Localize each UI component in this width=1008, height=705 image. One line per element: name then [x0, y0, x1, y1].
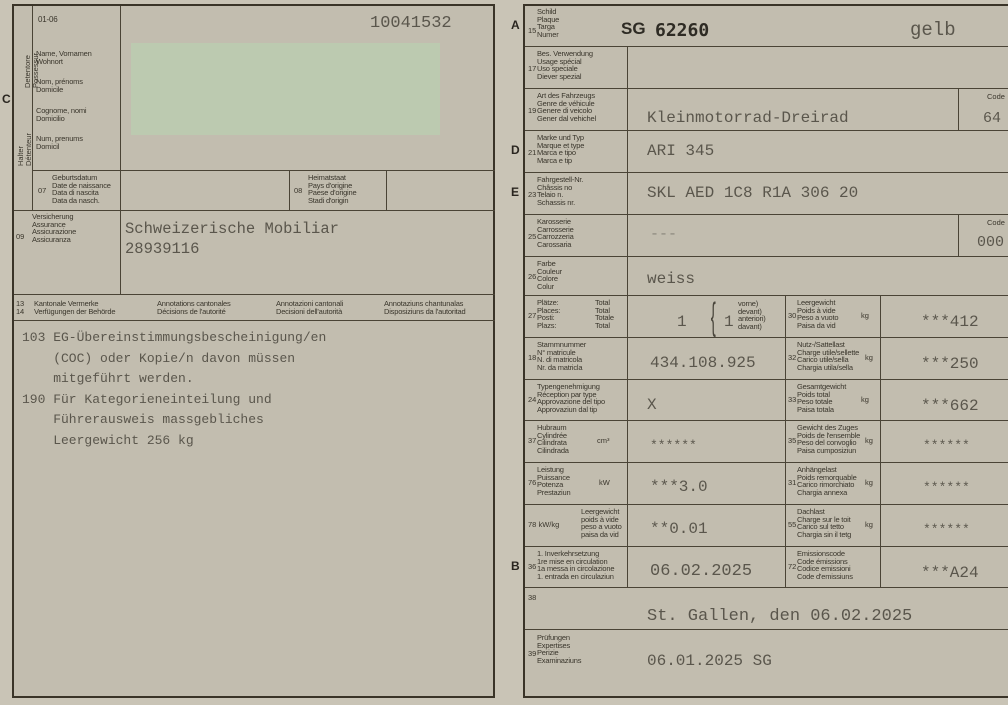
field-num-30: 30 — [788, 311, 796, 320]
displacement-unit: cm³ — [597, 436, 610, 445]
payload-value: ***250 — [921, 355, 979, 373]
origin-label: Heimatstaat Pays d'origine Paese d'origi… — [308, 174, 356, 204]
plate-label: Schild Plaque Targa Numer — [537, 8, 559, 38]
brace-icon: { — [711, 298, 716, 336]
divider — [525, 256, 1008, 257]
train-weight-unit: kg — [865, 436, 873, 445]
train-weight-value: ****** — [923, 438, 970, 453]
chassis-value: SKL AED 1C8 R1A 306 20 — [647, 184, 858, 202]
inspections-label: Prüfungen Expertises Perizie Examinaziun… — [537, 634, 581, 664]
field-num-76: 76 — [528, 478, 536, 487]
field-num-13-14: 13 14 — [16, 300, 24, 315]
emission-label: Emissionscode Code émissions Codice emis… — [797, 550, 853, 580]
divider — [627, 295, 628, 587]
roof-load-value: ****** — [923, 522, 970, 537]
annotations-text: 103 EG-Übereinstimmungsbescheinigung/en … — [22, 328, 326, 451]
holder-label-fr: Nom, prénoms Domicile — [36, 78, 83, 93]
divider — [32, 6, 33, 210]
annotation-line: mitgeführt werden. — [22, 369, 326, 390]
field-num-15: 15 — [528, 26, 536, 35]
annotation-line: 190 Für Kategorieneinteilung und — [22, 390, 326, 411]
type-approval-value: X — [647, 396, 657, 414]
insurance-number: 28939116 — [125, 240, 199, 258]
section-letter-b: B — [511, 559, 520, 573]
divider — [14, 294, 495, 295]
body-code: 000 — [977, 234, 1004, 251]
body-code-label: Code — [987, 218, 1005, 227]
inspections-value: 06.01.2025 SG — [647, 652, 772, 670]
plate-canton: SG — [621, 19, 646, 39]
divider — [958, 214, 959, 256]
holder-side-label: Halter Détenteur — [17, 126, 32, 166]
make-value: ARI 345 — [647, 142, 714, 160]
matriculation-label: Stammnummer N° matricule N. di matricola… — [537, 341, 586, 371]
total-weight-value: ***662 — [921, 397, 979, 415]
annotations-label-it: Annotazioni cantonali Decisioni dell'aut… — [276, 300, 343, 315]
payload-label: Nutz-/Sattellast Charge utile/sellette C… — [797, 341, 859, 371]
divider — [525, 88, 1008, 89]
holder-label-it: Cognome, nomi Domicilio — [36, 107, 86, 122]
power-value: ***3.0 — [650, 478, 708, 496]
total-weight-label: Gesamtgewicht Poids total Peso totale Pa… — [797, 383, 846, 413]
annotation-line: Leergewicht 256 kg — [22, 431, 326, 452]
divider — [880, 295, 881, 587]
field-num-18: 18 — [528, 353, 536, 362]
roof-load-unit: kg — [865, 520, 873, 529]
divider — [120, 210, 121, 294]
document-number: 10041532 — [370, 14, 452, 33]
matriculation-value: 434.108.925 — [650, 354, 756, 372]
make-label: Marke und Typ Marque et type Marca e tip… — [537, 134, 584, 164]
roof-load-label: Dachlast Charge sur le toit Carico sul t… — [797, 508, 851, 538]
displacement-value: ****** — [650, 438, 697, 453]
field-num-19: 19 — [528, 106, 536, 115]
first-registration-value: 06.02.2025 — [650, 562, 752, 581]
field-num-23: 23 — [528, 190, 536, 199]
right-page: 15 Schild Plaque Targa Numer SG 62260 ge… — [523, 4, 1008, 698]
payload-unit: kg — [865, 353, 873, 362]
plate-color: gelb — [910, 19, 956, 41]
field-num-31: 31 — [788, 478, 796, 487]
body-label: Karosserie Carrosserie Carrozzeria Caros… — [537, 218, 574, 248]
divider — [120, 6, 121, 210]
field-num-35: 35 — [788, 436, 796, 445]
issue-place-date: St. Gallen, den 06.02.2025 — [647, 607, 912, 626]
vehicle-type-code-label: Code — [987, 92, 1005, 101]
vehicle-type-value: Kleinmotorrad-Dreirad — [647, 109, 849, 127]
trailer-load-value: ****** — [923, 480, 970, 495]
seats-front: 1 — [724, 313, 734, 331]
field-num-33: 33 — [788, 395, 796, 404]
field-num-21: 21 — [528, 148, 536, 157]
power-unit: kW — [599, 478, 610, 487]
section-letter-a: A — [511, 18, 520, 32]
divider — [525, 546, 1008, 547]
displacement-label: Hubraum Cylindrée Cilindrata Cilindrada — [537, 424, 569, 454]
total-weight-unit: kg — [861, 395, 869, 404]
seats-label: Plätze: Places: Posti: Plazs: — [537, 299, 560, 329]
field-num-32: 32 — [788, 353, 796, 362]
power-label: Leistung Puissance Potenza Prestaziun — [537, 466, 570, 496]
empty-weight-label: Leergewicht Poids à vide Peso a vuoto Pa… — [797, 299, 838, 329]
annotation-line: Führerausweis massgebliches — [22, 410, 326, 431]
empty-weight-value: ***412 — [921, 313, 979, 331]
field-num-78: 78 kW/kg — [528, 520, 559, 529]
divider — [525, 420, 1008, 421]
divider — [525, 172, 1008, 173]
divider — [525, 462, 1008, 463]
field-num-72: 72 — [788, 562, 796, 571]
field-num-37: 37 — [528, 436, 536, 445]
birth-date-label: Geburtsdatum Date de naissance Data di n… — [52, 174, 111, 204]
insurance-company: Schweizerische Mobiliar — [125, 220, 339, 238]
seats-total-label: Total Total Totale Total — [595, 299, 614, 329]
section-letter-e: E — [511, 185, 519, 199]
divider — [525, 130, 1008, 131]
first-registration-label: 1. Inverkehrsetzung 1re mise en circulat… — [537, 550, 614, 580]
section-letter-c: C — [2, 92, 11, 106]
divider — [785, 295, 786, 587]
plate-number: 62260 — [655, 20, 709, 41]
annotations-label-fr: Annotations cantonales Décisions de l'au… — [157, 300, 231, 315]
divider — [525, 46, 1008, 47]
divider — [525, 629, 1008, 630]
field-num-27: 27 — [528, 311, 536, 320]
power-ratio-value: **0.01 — [650, 520, 708, 538]
trailer-load-unit: kg — [865, 478, 873, 487]
divider — [525, 337, 1008, 338]
field-num-24: 24 — [528, 395, 536, 404]
trailer-load-label: Anhängelast Poids remorquable Carico rim… — [797, 466, 857, 496]
special-use-label: Bes. Verwendung Usage spécial Uso specia… — [537, 50, 593, 80]
divider — [525, 587, 1008, 588]
divider — [289, 170, 290, 210]
field-num-07: 07 — [38, 186, 46, 195]
annotation-line: 103 EG-Übereinstimmungsbescheinigung/en — [22, 328, 326, 349]
divider — [627, 46, 628, 295]
train-weight-label: Gewicht des Zuges Poids de l'ensemble Pe… — [797, 424, 860, 454]
divider — [958, 88, 959, 130]
field-num-39: 39 — [528, 649, 536, 658]
holder-label-de: Name, Vornamen Wohnort — [36, 50, 92, 65]
field-num-25: 25 — [528, 232, 536, 241]
empty-weight-unit: kg — [861, 311, 869, 320]
insurance-label: Versicherung Assurance Assicurazione Ass… — [32, 213, 76, 243]
seats-front-label: vorne) devant) anteriori) davant) — [738, 300, 766, 330]
divider — [525, 214, 1008, 215]
field-num-17: 17 — [528, 64, 536, 73]
colour-label: Farbe Couleur Colore Colur — [537, 260, 562, 290]
divider — [525, 379, 1008, 380]
vehicle-type-label: Art des Fahrzeugs Genre de véhicule Gene… — [537, 92, 596, 122]
annotations-label-rm: Annotaziuns chantunalas Disposiziuns da … — [384, 300, 466, 315]
type-approval-label: Typengenehmigung Réception par type Appr… — [537, 383, 605, 413]
seats-total: 1 — [677, 313, 687, 331]
annotations-label-de: Kantonale Vermerke Verfügungen der Behör… — [34, 300, 115, 315]
holder-label-rm: Num, prenums Domicil — [36, 135, 83, 150]
field-num-09: 09 — [16, 232, 24, 241]
section-letter-d: D — [511, 143, 520, 157]
divider — [32, 170, 495, 171]
body-value: --- — [650, 226, 677, 243]
left-page: 01-06 10041532 Halter Détenteur Detentor… — [12, 4, 495, 698]
holder-redacted-field — [131, 43, 440, 135]
field-num-55: 55 — [788, 520, 796, 529]
divider — [525, 295, 1008, 296]
divider — [386, 170, 387, 210]
chassis-label: Fahrgestell-Nr. Châssis no Telaio n. Sch… — [537, 176, 583, 206]
divider — [14, 210, 495, 211]
power-ratio-label: Leergewicht poids à vide peso a vuoto pa… — [581, 508, 622, 538]
field-num-38: 38 — [528, 593, 536, 602]
field-num-26: 26 — [528, 272, 536, 281]
colour-value: weiss — [647, 270, 695, 288]
annotation-line: (COC) oder Kopie/n davon müssen — [22, 349, 326, 370]
field-num-08: 08 — [294, 186, 302, 195]
power-ratio-unit: kW/kg — [538, 520, 559, 529]
divider — [14, 320, 495, 321]
field-num-36: 36 — [528, 562, 536, 571]
emission-value: ***A24 — [921, 564, 979, 582]
divider — [525, 504, 1008, 505]
vehicle-type-code: 64 — [983, 110, 1001, 127]
field-num-01-06: 01-06 — [38, 16, 57, 24]
